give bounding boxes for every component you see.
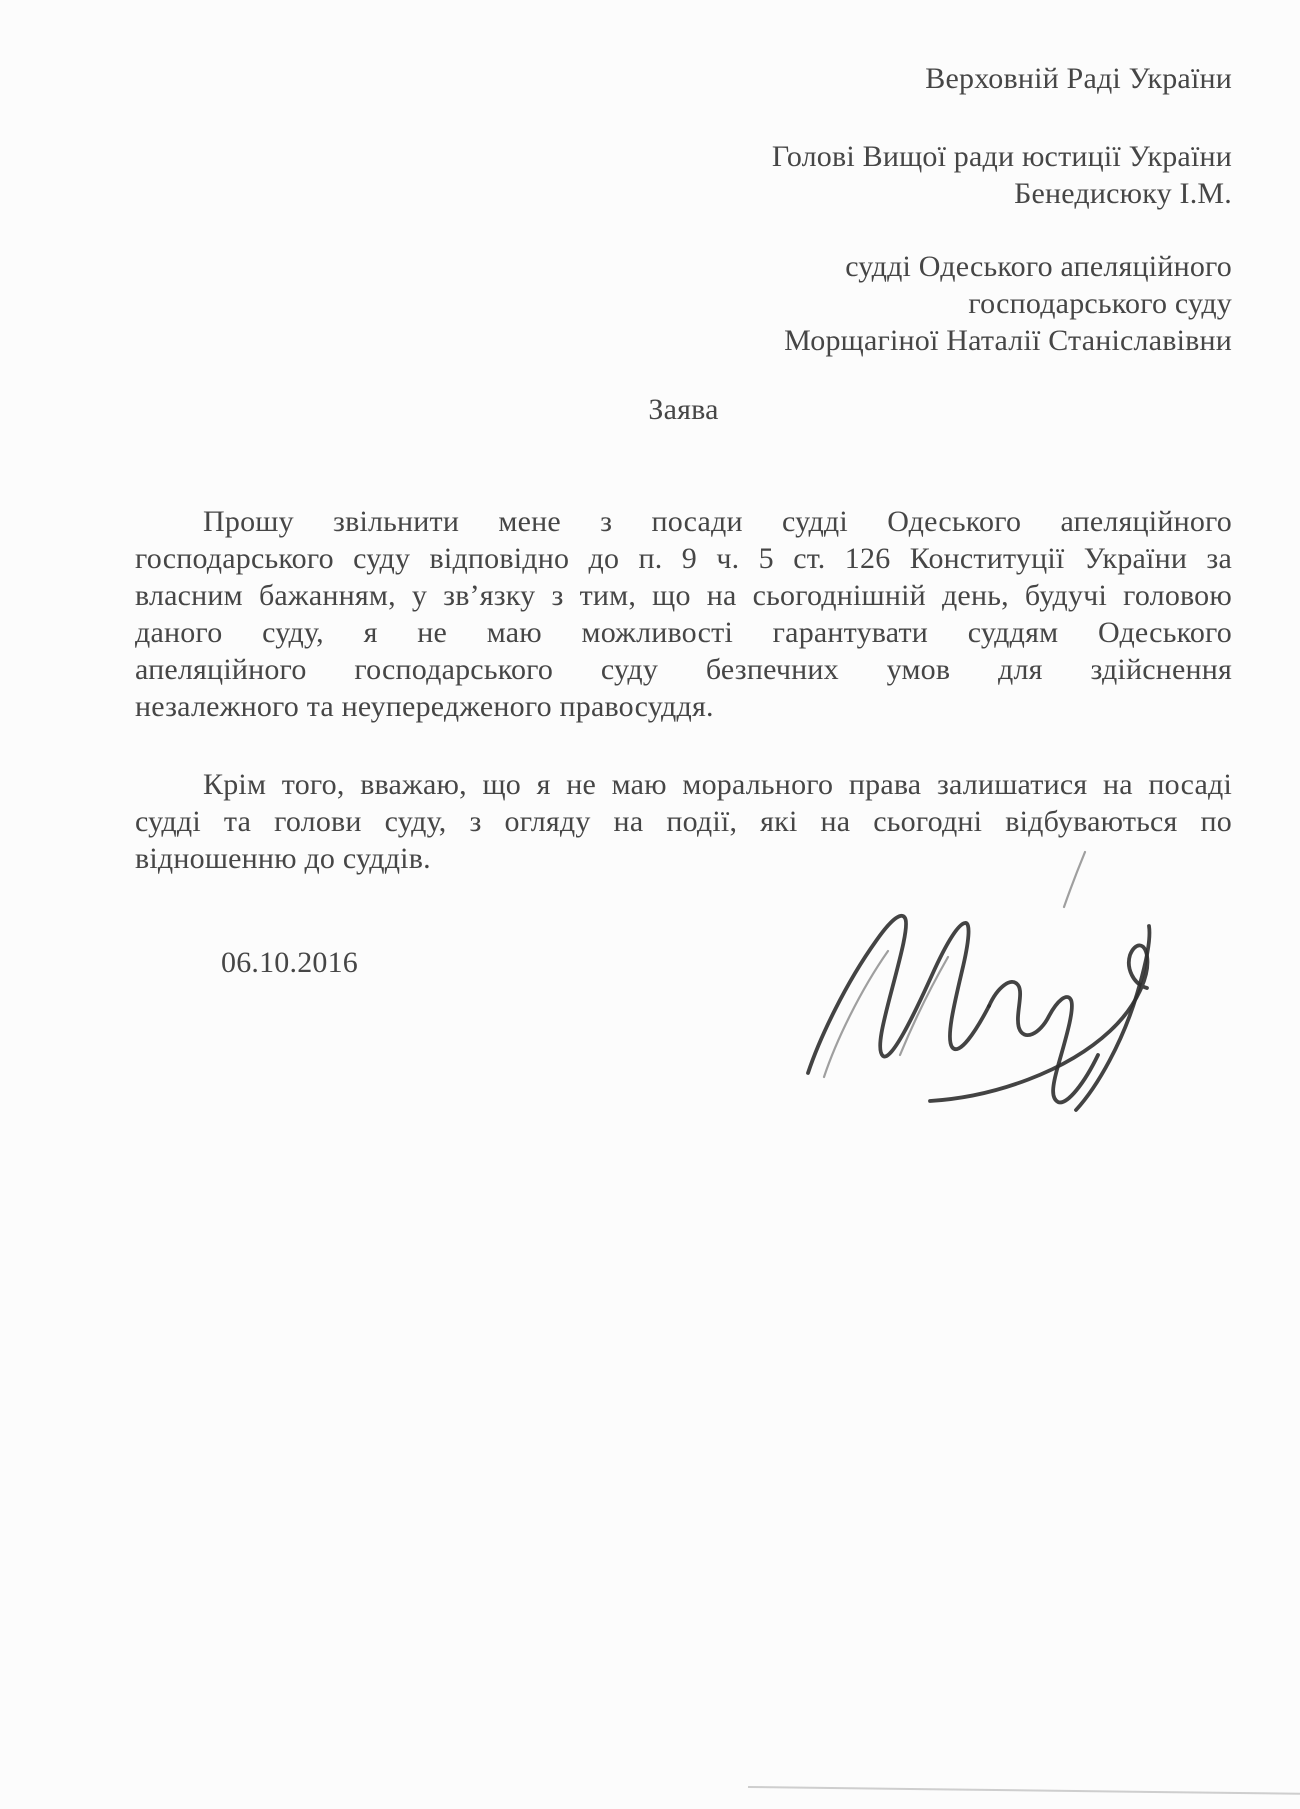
handwritten-signature xyxy=(780,845,1170,1115)
scanned-letter-page: Верховній Раді України Голові Вищої ради… xyxy=(0,0,1300,1809)
text-line: даного суду, я не маю можливості гаранту… xyxy=(135,614,1232,651)
text-line: Верховній Раді України xyxy=(135,60,1232,97)
scan-artifact-line xyxy=(748,1786,1300,1795)
text-line: Морщагіної Наталії Станіславівни xyxy=(135,322,1232,359)
text-line: судді Одеського апеляційного xyxy=(135,248,1232,285)
text-line: господарського суду xyxy=(135,285,1232,322)
text-line: судді та голови суду, з огляду на події,… xyxy=(135,803,1232,840)
recipient-verkhovna-rada: Верховній Раді України xyxy=(135,60,1232,97)
text-line: господарського суду відповідно до п. 9 ч… xyxy=(135,540,1232,577)
text-line: Прошу звільнити мене з посади судді Одес… xyxy=(135,503,1232,540)
text-line: Голові Вищої ради юстиції України xyxy=(135,138,1232,175)
text-line: апеляційного господарського суду безпечн… xyxy=(135,651,1232,688)
letter-title: Заява xyxy=(135,391,1232,428)
text-line: незалежного та неупередженого правосуддя… xyxy=(135,688,1232,725)
recipient-high-council-of-justice: Голові Вищої ради юстиції УкраїниБенедис… xyxy=(135,138,1232,212)
recipient-judge-author: судді Одеського апеляційногогосподарсько… xyxy=(135,248,1232,359)
body-paragraph-resignation: Прошу звільнити мене з посади судді Одес… xyxy=(135,503,1232,725)
text-line: Крім того, вважаю, що я не маю моральног… xyxy=(135,766,1232,803)
text-line: Бенедисюку І.М. xyxy=(135,175,1232,212)
text-line: власним бажанням, у зв’язку з тим, що на… xyxy=(135,577,1232,614)
letter-date: 06.10.2016 xyxy=(221,944,358,981)
